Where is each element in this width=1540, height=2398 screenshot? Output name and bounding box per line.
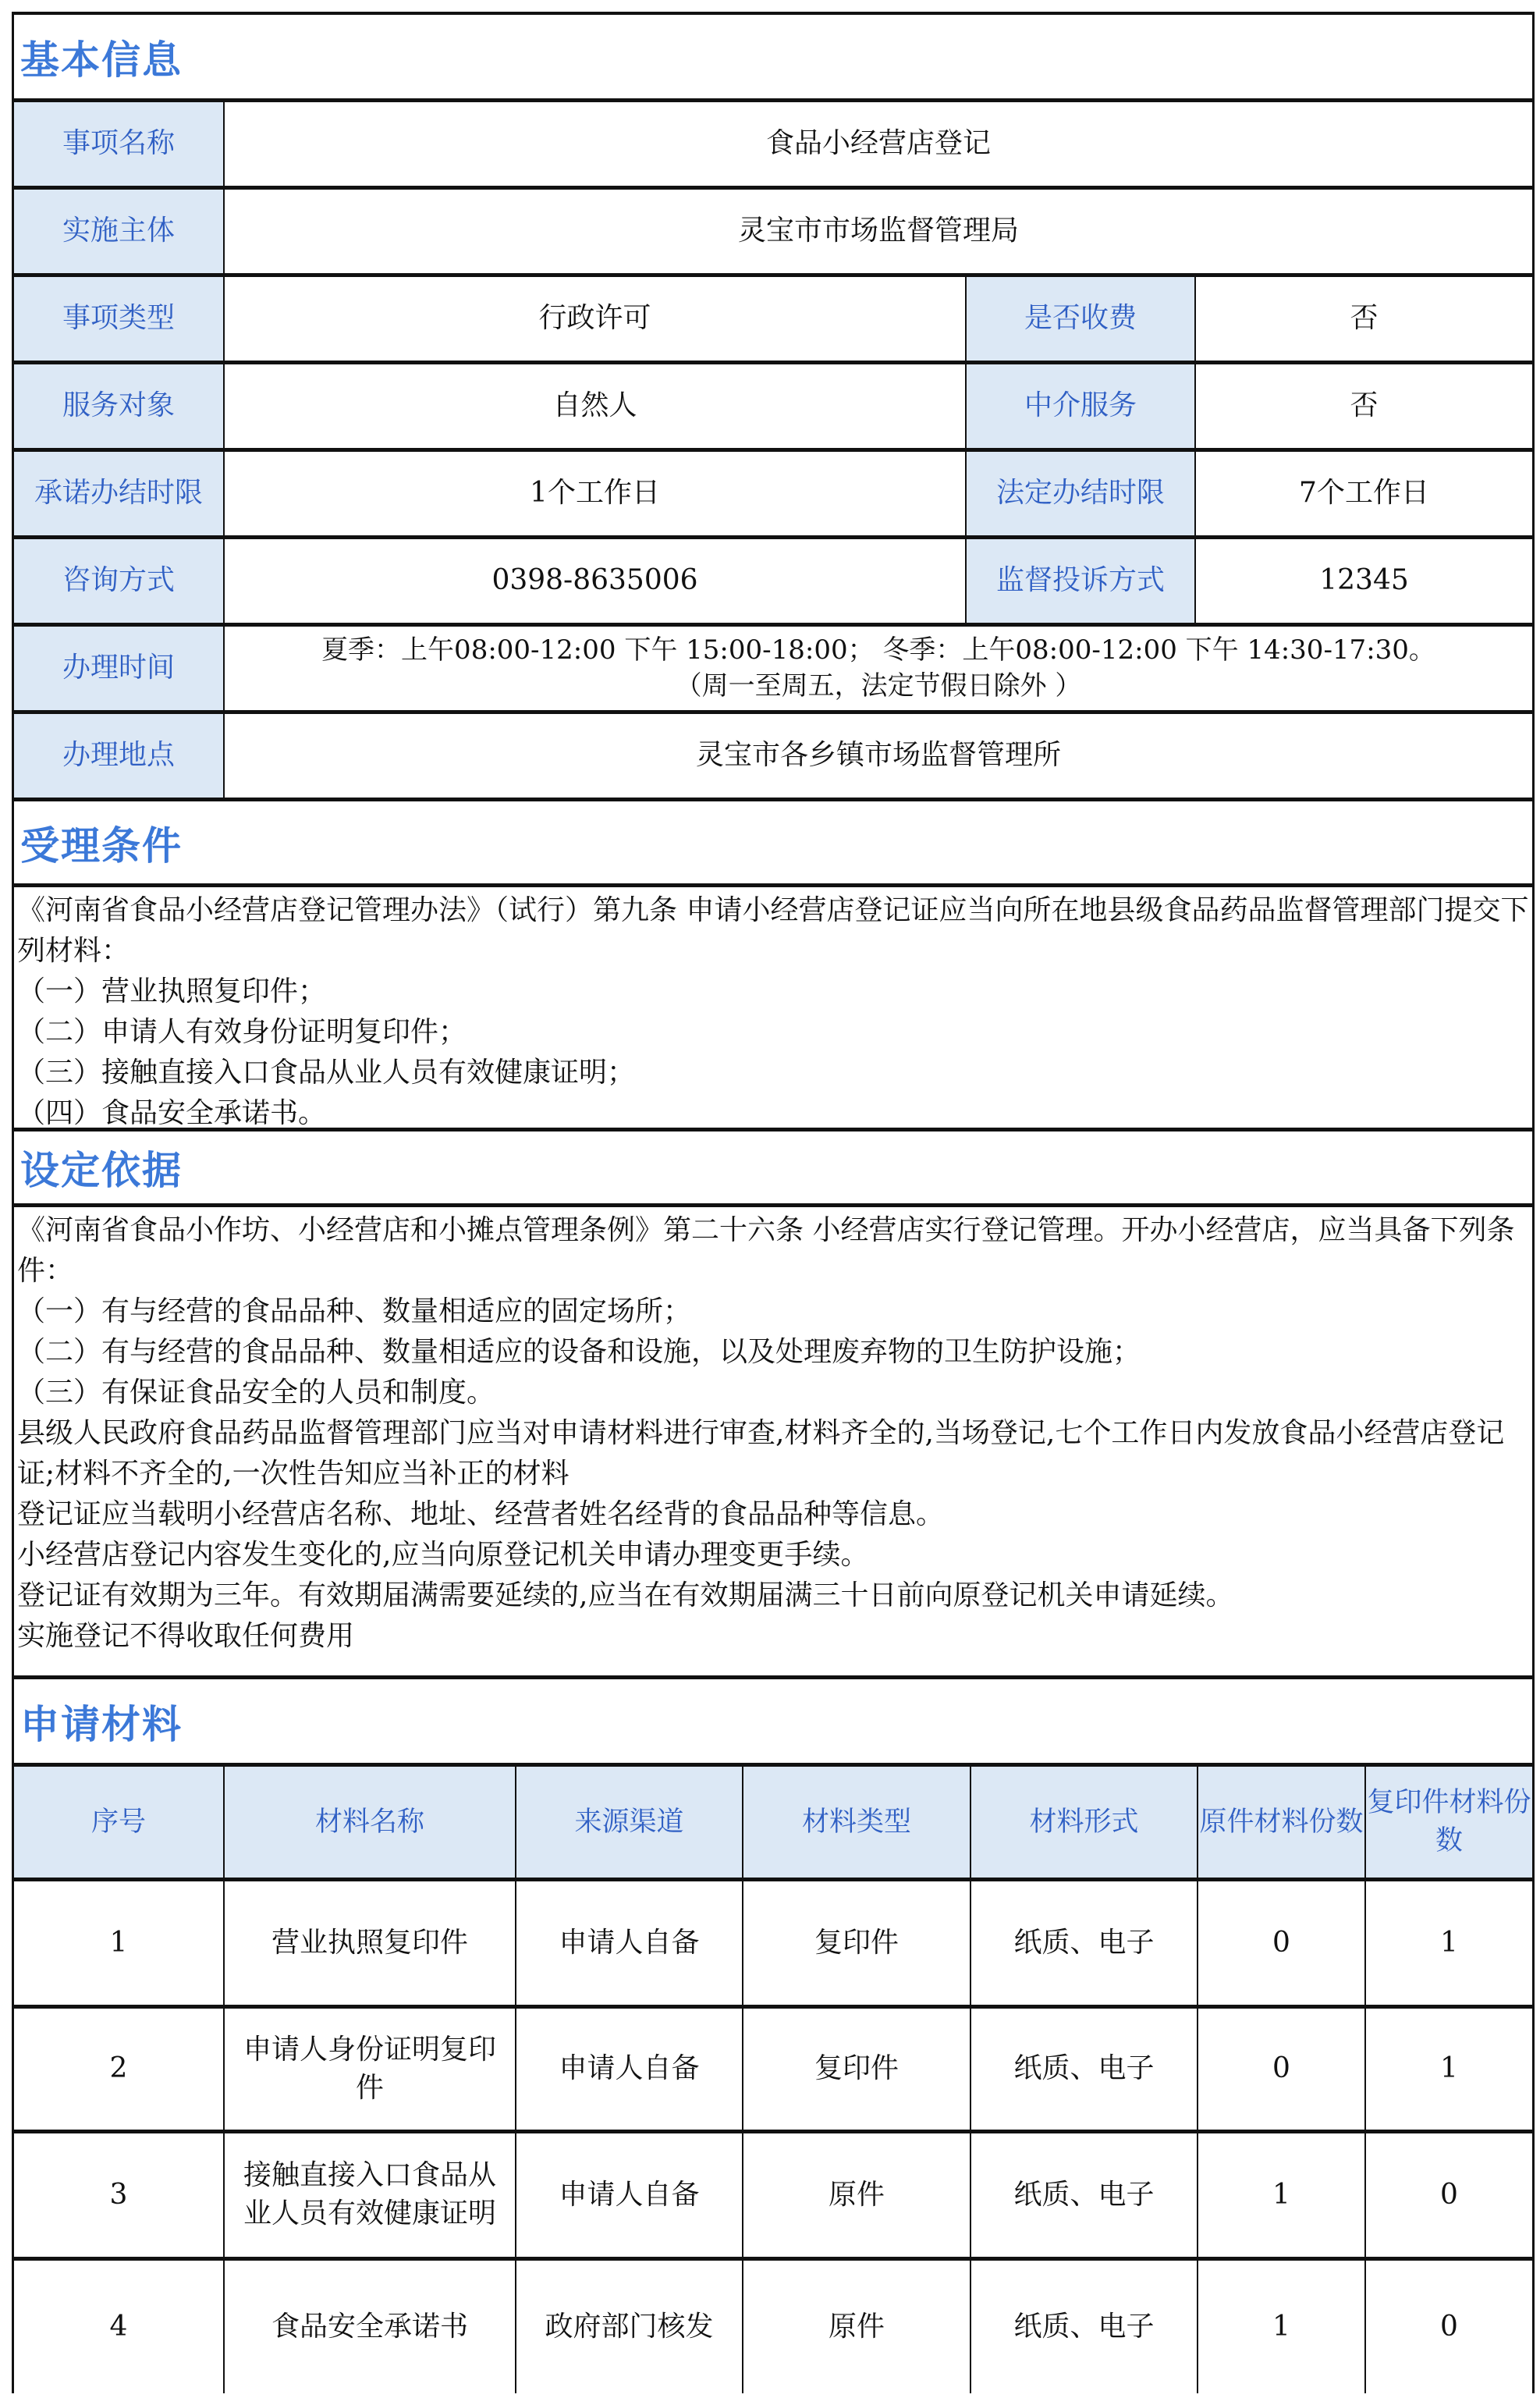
row-source: 申请人自备: [516, 2133, 743, 2257]
acceptance-heading: 受理条件: [20, 815, 183, 871]
item-type-label: 事项类型: [14, 277, 225, 361]
consult-value: 0398-8635006: [225, 539, 967, 623]
hours-value: 夏季：上午08:00-12:00 下午 15:00-18:00； 冬季：上午08…: [225, 627, 1532, 710]
row-material-type: 复印件: [743, 1881, 971, 2005]
item-type-value: 行政许可: [225, 277, 967, 361]
legal-limit-value: 7个工作日: [1196, 452, 1532, 535]
item-name-row: 事项名称 食品小经营店登记: [14, 102, 1532, 190]
service-target-row: 服务对象 自然人 中介服务 否: [14, 364, 1532, 452]
row-copy-count: 1: [1366, 2009, 1532, 2130]
col-index: 序号: [14, 1767, 225, 1878]
legal-limit-label: 法定办结时限: [967, 452, 1196, 535]
complaint-label: 监督投诉方式: [967, 539, 1196, 623]
row-material-form: 纸质、电子: [971, 2009, 1198, 2130]
basic-info-heading: 基本信息: [20, 29, 183, 85]
consult-label: 咨询方式: [14, 539, 225, 623]
item-name-value: 食品小经营店登记: [225, 102, 1532, 186]
charge-label: 是否收费: [967, 277, 1196, 361]
row-copy-count: 1: [1366, 1881, 1532, 2005]
row-copy-count: 0: [1366, 2261, 1532, 2393]
basis-line: （一）有与经营的食品品种、数量相适应的固定场所；: [17, 1291, 1529, 1332]
row-copy-count: 0: [1366, 2133, 1532, 2257]
intermediary-label: 中介服务: [967, 364, 1196, 448]
service-guide: 基本信息 事项名称 食品小经营店登记 实施主体 灵宝市市场监督管理局 事项类型 …: [12, 12, 1535, 2393]
row-index: 1: [14, 1881, 225, 2005]
row-source: 申请人自备: [516, 1881, 743, 2005]
row-material-name: 接触直接入口食品从业人员有效健康证明: [225, 2133, 516, 2257]
row-material-name: 食品安全承诺书: [225, 2261, 516, 2393]
col-copy-count: 复印件材料份数: [1366, 1767, 1532, 1878]
row-material-form: 纸质、电子: [971, 2261, 1198, 2393]
row-material-type: 原件: [743, 2261, 971, 2393]
basis-line: 《河南省食品小作坊、小经营店和小摊点管理条例》第二十六条 小经营店实行登记管理。…: [17, 1210, 1529, 1291]
basis-body: 《河南省食品小作坊、小经营店和小摊点管理条例》第二十六条 小经营店实行登记管理。…: [14, 1207, 1532, 1679]
implementing-body-label: 实施主体: [14, 190, 225, 273]
row-material-name: 申请人身份证明复印件: [225, 2009, 516, 2130]
col-material-form: 材料形式: [971, 1767, 1198, 1878]
row-original-count: 0: [1198, 2009, 1366, 2130]
time-limit-row: 承诺办结时限 1个工作日 法定办结时限 7个工作日: [14, 452, 1532, 539]
col-original-count: 原件材料份数: [1198, 1767, 1366, 1878]
row-material-name: 营业执照复印件: [225, 1881, 516, 2005]
row-original-count: 1: [1198, 2261, 1366, 2393]
hours-line-1: 夏季：上午08:00-12:00 下午 15:00-18:00； 冬季：上午08…: [321, 633, 1435, 669]
row-material-form: 纸质、电子: [971, 1881, 1198, 2005]
implementing-body-value: 灵宝市市场监督管理局: [225, 190, 1532, 273]
row-source: 申请人自备: [516, 2009, 743, 2130]
row-source: 政府部门核发: [516, 2261, 743, 2393]
promised-limit-value: 1个工作日: [225, 452, 967, 535]
row-index: 2: [14, 2009, 225, 2130]
row-material-type: 原件: [743, 2133, 971, 2257]
item-type-row: 事项类型 行政许可 是否收费 否: [14, 277, 1532, 364]
location-row: 办理地点 灵宝市各乡镇市场监督管理所: [14, 714, 1532, 801]
acceptance-line: 《河南省食品小经营店登记管理办法》（试行）第九条 申请小经营店登记证应当向所在地…: [17, 890, 1529, 972]
basic-info-heading-row: 基本信息: [14, 15, 1532, 102]
acceptance-line: （二）申请人有效身份证明复印件；: [17, 1012, 1529, 1053]
basis-heading: 设定依据: [20, 1139, 183, 1195]
service-target-value: 自然人: [225, 364, 967, 448]
row-material-type: 复印件: [743, 2009, 971, 2130]
basis-line: 登记证有效期为三年。有效期届满需要延续的,应当在有效期届满三十日前向原登记机关申…: [17, 1576, 1529, 1616]
acceptance-line: （四）食品安全承诺书。: [17, 1093, 1529, 1134]
col-material-type: 材料类型: [743, 1767, 971, 1878]
row-index: 3: [14, 2133, 225, 2257]
charge-value: 否: [1196, 277, 1532, 361]
hours-row: 办理时间 夏季：上午08:00-12:00 下午 15:00-18:00； 冬季…: [14, 627, 1532, 714]
row-material-form: 纸质、电子: [971, 2133, 1198, 2257]
materials-heading-row: 申请材料: [14, 1679, 1532, 1767]
acceptance-body: 《河南省食品小经营店登记管理办法》（试行）第九条 申请小经营店登记证应当向所在地…: [14, 887, 1532, 1132]
col-source: 来源渠道: [516, 1767, 743, 1878]
col-material-name: 材料名称: [225, 1767, 516, 1878]
basis-line: 实施登记不得收取任何费用: [17, 1616, 1529, 1657]
basis-line: 县级人民政府食品药品监督管理部门应当对申请材料进行审查,材料齐全的,当场登记,七…: [17, 1413, 1529, 1494]
row-original-count: 1: [1198, 2133, 1366, 2257]
location-label: 办理地点: [14, 714, 225, 798]
acceptance-heading-row: 受理条件: [14, 801, 1532, 887]
basis-heading-row: 设定依据: [14, 1132, 1532, 1207]
basis-line: 登记证应当载明小经营店名称、地址、经营者姓名经背的食品品种等信息。: [17, 1494, 1529, 1535]
implementing-body-row: 实施主体 灵宝市市场监督管理局: [14, 190, 1532, 277]
basis-line: （三）有保证食品安全的人员和制度。: [17, 1373, 1529, 1413]
acceptance-line: （三）接触直接入口食品从业人员有效健康证明；: [17, 1053, 1529, 1093]
location-value: 灵宝市各乡镇市场监督管理所: [225, 714, 1532, 798]
table-row: 4 食品安全承诺书 政府部门核发 原件 纸质、电子 1 0: [14, 2261, 1532, 2393]
intermediary-value: 否: [1196, 364, 1532, 448]
promised-limit-label: 承诺办结时限: [14, 452, 225, 535]
hours-line-2: （周一至周五，法定节假日除外 ）: [676, 669, 1082, 705]
hours-label: 办理时间: [14, 627, 225, 710]
contact-row: 咨询方式 0398-8635006 监督投诉方式 12345: [14, 539, 1532, 627]
basis-line: （二）有与经营的食品品种、数量相适应的设备和设施，以及处理废弃物的卫生防护设施；: [17, 1332, 1529, 1373]
complaint-value: 12345: [1196, 539, 1532, 623]
row-index: 4: [14, 2261, 225, 2393]
materials-table-header: 序号 材料名称 来源渠道 材料类型 材料形式 原件材料份数 复印件材料份数: [14, 1767, 1532, 1881]
table-row: 2 申请人身份证明复印件 申请人自备 复印件 纸质、电子 0 1: [14, 2009, 1532, 2133]
table-row: 1 营业执照复印件 申请人自备 复印件 纸质、电子 0 1: [14, 1881, 1532, 2009]
table-row: 3 接触直接入口食品从业人员有效健康证明 申请人自备 原件 纸质、电子 1 0: [14, 2133, 1532, 2261]
basis-line: 小经营店登记内容发生变化的,应当向原登记机关申请办理变更手续。: [17, 1535, 1529, 1576]
materials-heading: 申请材料: [20, 1693, 183, 1750]
row-original-count: 0: [1198, 1881, 1366, 2005]
service-target-label: 服务对象: [14, 364, 225, 448]
item-name-label: 事项名称: [14, 102, 225, 186]
acceptance-line: （一）营业执照复印件；: [17, 972, 1529, 1012]
